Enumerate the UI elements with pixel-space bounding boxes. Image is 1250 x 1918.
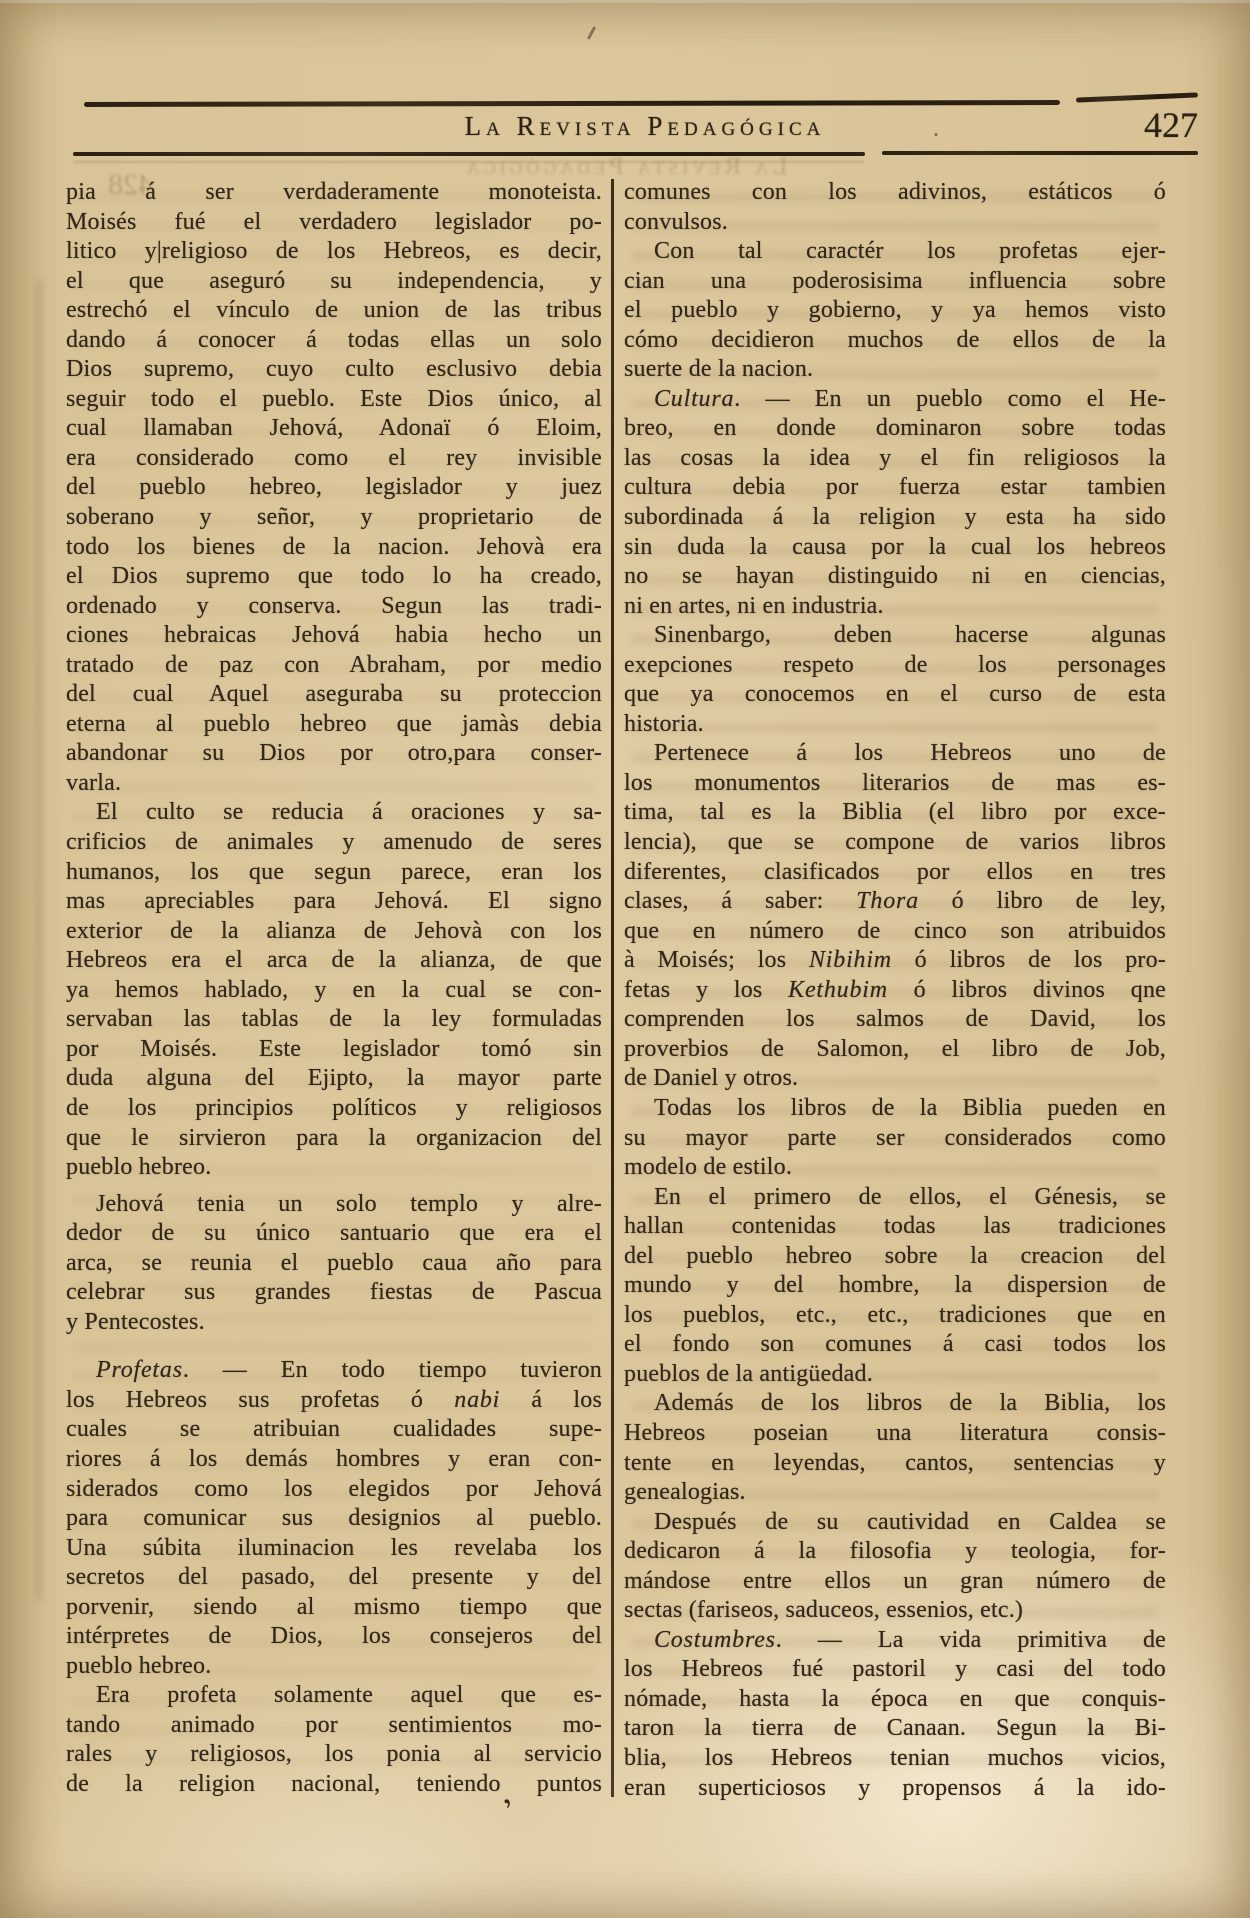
text-line: de los principios políticos y religiosos	[66, 1094, 602, 1124]
text-line: ciones hebraicas Jehová habia hecho un	[66, 621, 602, 651]
text-line: Dios supremo, cuyo culto esclusivo debia	[66, 355, 602, 385]
text-line: ordenado y conserva. Segun las tradi-	[66, 592, 602, 622]
text-line: crificios de animales y amenudo de seres	[66, 828, 602, 858]
bleedthrough-masthead: La Revista Pedagógica	[0, 153, 1250, 181]
text-line: genealogias.	[624, 1478, 1166, 1508]
text-line: el fondo son comunes á casi todos los	[624, 1330, 1166, 1360]
text-line: pueblo hebreo.	[66, 1153, 602, 1183]
text-line: Con tal caractér los profetas ejer-	[624, 237, 1166, 267]
text-line: eran superticiosos y propensos á la ido-	[624, 1774, 1166, 1804]
text-line: ni en artes, ni en industria.	[624, 592, 1166, 622]
paragraph: Era profeta solamente aquel que es-tando…	[66, 1681, 602, 1799]
text-line: abandonar su Dios por otro,para conser-	[66, 739, 602, 769]
masthead-title: La Revista Pedagógica	[20, 111, 1250, 142]
text-line: Costumbres. — La vida primitiva de	[624, 1626, 1166, 1656]
text-line: mundo y del hombre, la dispersion de	[624, 1271, 1166, 1301]
text-line: de la religion nacional, teniendo puntos	[66, 1770, 602, 1800]
text-line: Una súbita iluminacion les revelaba los	[66, 1534, 602, 1564]
text-line: Pertenece á los Hebreos uno de	[624, 739, 1166, 769]
paragraph: Sinenbargo, deben hacerse algunasexepcio…	[624, 621, 1166, 739]
text-line: el pueblo y gobierno, y ya hemos visto	[624, 296, 1166, 326]
text-line: Hebreos era el arca de la alianza, de qu…	[66, 946, 602, 976]
text-line: nómade, hasta la época en que conquis-	[624, 1685, 1166, 1715]
text-line: pueblo hebreo.	[66, 1652, 602, 1682]
text-line: que en número de cinco son atribuidos	[624, 917, 1166, 947]
text-line: En el primero de ellos, el Génesis, se	[624, 1183, 1166, 1213]
left-column: pia á ser verdaderamente monoteista.Mois…	[66, 178, 602, 1800]
header-ink-dot: .	[933, 116, 939, 143]
text-line: el que aseguró su independencia, y	[66, 267, 602, 297]
text-line: pueblos de la antigüedad.	[624, 1360, 1166, 1390]
text-line: pia á ser verdaderamente monoteista.	[66, 178, 602, 208]
text-line: convulsos.	[624, 208, 1166, 238]
text-line: fetas y los Kethubim ó libros divinos qn…	[624, 976, 1166, 1006]
text-line: del cual Aquel aseguraba su proteccion	[66, 680, 602, 710]
paragraph: El culto se reducia á oraciones y sa-cri…	[66, 798, 602, 1182]
text-line: mándose entre ellos un gran número de	[624, 1567, 1166, 1597]
text-line: mas apreciables para Jehová. El signo	[66, 887, 602, 917]
text-line: Todas los libros de la Biblia pueden en	[624, 1094, 1166, 1124]
text-line: Moisés fué el verdadero legislador po-	[66, 208, 602, 238]
scanned-page: La Revista Pedagógica 428 La Revista Ped…	[0, 0, 1250, 1918]
text-line: humanos, los que segun parece, eran los	[66, 858, 602, 888]
right-column: comunes con los adivinos, estáticos ócon…	[624, 178, 1166, 1803]
text-line: de Daniel y otros.	[624, 1064, 1166, 1094]
text-line: tratado de paz con Abraham, por medio	[66, 651, 602, 681]
text-line: blia, los Hebreos tenian muchos vicios,	[624, 1744, 1166, 1774]
text-line: secretos del pasado, del presente y del	[66, 1563, 602, 1593]
column-divider-rule	[611, 179, 614, 1797]
text-line: lencia), que se compone de varios libros	[624, 828, 1166, 858]
text-line: Cultura. — En un pueblo como el He-	[624, 385, 1166, 415]
text-line: tente en leyendas, cantos, sentencias y	[624, 1449, 1166, 1479]
scan-edge	[0, 0, 1250, 3]
text-line: exterior de la alianza de Jehovà con los	[66, 917, 602, 947]
text-line: por Moisés. Este legislador tomó sin	[66, 1035, 602, 1065]
text-line: y Pentecostes.	[66, 1308, 602, 1338]
text-line: las cosas la idea y el fin religiosos la	[624, 444, 1166, 474]
text-line: cuales se atribuian cualidades supe-	[66, 1415, 602, 1445]
paragraph: Costumbres. — La vida primitiva delos He…	[624, 1626, 1166, 1803]
header-bottom-rule-right	[882, 151, 1198, 155]
text-line: El culto se reducia á oraciones y sa-	[66, 798, 602, 828]
paragraph: pia á ser verdaderamente monoteista.Mois…	[66, 178, 602, 798]
text-line: ya hemos hablado, y en la cual se con-	[66, 976, 602, 1006]
text-line: tima, tal es la Biblia (el libro por exc…	[624, 798, 1166, 828]
text-line: los Hebreos sus profetas ó nabi á los	[66, 1386, 602, 1416]
text-line: litico y|religioso de los Hebreos, es de…	[66, 237, 602, 267]
text-line: dedor de su único santuario que era el	[66, 1219, 602, 1249]
text-line: los monumentos literarios de mas es-	[624, 769, 1166, 799]
ink-speck	[587, 26, 596, 40]
text-line: dedicaron á la filosofia y teologia, for…	[624, 1537, 1166, 1567]
text-line: dando á conocer á todas ellas un solo	[66, 326, 602, 356]
text-line: hallan contenidas todas las tradiciones	[624, 1212, 1166, 1242]
text-line: estrechó el vínculo de union de las trib…	[66, 296, 602, 326]
text-line: para comunicar sus designios al pueblo.	[66, 1504, 602, 1534]
text-line: intérpretes de Dios, los consejeros del	[66, 1622, 602, 1652]
text-line: proverbios de Salomon, el libro de Job,	[624, 1035, 1166, 1065]
header-bottom-rule-left	[73, 152, 865, 156]
header-top-rule-left	[84, 100, 1060, 107]
text-line: cual llamaban Jehová, Adonaï ó Eloim,	[66, 414, 602, 444]
text-line: riores á los demás hombres y eran con-	[66, 1445, 602, 1475]
text-line: del pueblo hebreo sobre la creacion del	[624, 1242, 1166, 1272]
paragraph: Todas los libros de la Biblia pueden ens…	[624, 1094, 1166, 1183]
paragraph: comunes con los adivinos, estáticos ócon…	[624, 178, 1166, 237]
text-line: Después de su cautividad en Caldea se	[624, 1508, 1166, 1538]
text-line: que ya conocemos en el curso de esta	[624, 680, 1166, 710]
text-line: breo, en donde dominaron sobre todas	[624, 414, 1166, 444]
text-line: no se hayan distinguido ni en ciencias,	[624, 562, 1166, 592]
paragraph: Con tal caractér los profetas ejer-cian …	[624, 237, 1166, 385]
text-line: comprenden los salmos de David, los	[624, 1005, 1166, 1035]
text-line: soberano y señor, y proprietario de	[66, 503, 602, 533]
text-line: cultura debia por fuerza estar tambien	[624, 473, 1166, 503]
text-line: Además de los libros de la Biblia, los	[624, 1389, 1166, 1419]
page-number: 427	[1144, 104, 1198, 146]
text-line: servaban las tablas de la ley formuladas	[66, 1005, 602, 1035]
paragraph: Profetas. — En todo tiempo tuvieronlos H…	[66, 1356, 602, 1681]
text-line: arca, se reunia el pueblo caua año para	[66, 1249, 602, 1279]
text-line: celebrar sus grandes fiestas de Pascua	[66, 1278, 602, 1308]
text-line: cómo decidieron muchos de ellos de la	[624, 326, 1166, 356]
paragraph: Jehová tenia un solo templo y alre-dedor…	[66, 1190, 602, 1338]
text-line: cian una poderosisima influencia sobre	[624, 267, 1166, 297]
text-line: varla.	[66, 769, 602, 799]
text-line: diferentes, clasificados por ellos en tr…	[624, 858, 1166, 888]
text-line: el Dios supremo que todo lo ha creado,	[66, 562, 602, 592]
text-line: taron la tierra de Canaan. Segun la Bi-	[624, 1714, 1166, 1744]
text-line: Profetas. — En todo tiempo tuvieron	[66, 1356, 602, 1386]
paragraph: En el primero de ellos, el Génesis, seha…	[624, 1183, 1166, 1390]
text-line: Sinenbargo, deben hacerse algunas	[624, 621, 1166, 651]
text-line: Hebreos poseian una literatura consis-	[624, 1419, 1166, 1449]
text-line: rales y religiosos, los ponia al servici…	[66, 1740, 602, 1770]
text-line: clases, á saber: Thora ó libro de ley,	[624, 887, 1166, 917]
text-line: exepciones respeto de los personages	[624, 651, 1166, 681]
text-line: sin duda la causa por la cual los hebreo…	[624, 533, 1166, 563]
text-line: tando animado por sentimientos mo-	[66, 1711, 602, 1741]
header-top-rule-right	[1076, 92, 1198, 102]
text-line: era considerado como el rey invisible	[66, 444, 602, 474]
text-line: à Moisés; los Nibihim ó libros de los pr…	[624, 946, 1166, 976]
text-line: su mayor parte ser considerados como	[624, 1124, 1166, 1154]
text-line: historia.	[624, 710, 1166, 740]
text-line: eterna al pueblo hebreo que jamàs debia	[66, 710, 602, 740]
text-line: sectas (fariseos, saduceos, essenios, et…	[624, 1596, 1166, 1626]
text-line: porvenir, siendo al mismo tiempo que	[66, 1593, 602, 1623]
paragraph: Después de su cautividad en Caldea seded…	[624, 1508, 1166, 1626]
text-line: duda alguna del Ejipto, la mayor parte	[66, 1064, 602, 1094]
text-line: del pueblo hebreo, legislador y juez	[66, 473, 602, 503]
text-line: los Hebreos fué pastoril y casi del todo	[624, 1655, 1166, 1685]
text-line: seguir todo el pueblo. Este Dios único, …	[66, 385, 602, 415]
paper-fold-line	[36, 280, 42, 1600]
paragraph: Pertenece á los Hebreos uno delos monume…	[624, 739, 1166, 1094]
paragraph: Además de los libros de la Biblia, losHe…	[624, 1389, 1166, 1507]
text-line: los pueblos, etc., etc., tradiciones que…	[624, 1301, 1166, 1331]
text-line: comunes con los adivinos, estáticos ó	[624, 178, 1166, 208]
text-line: que le sirvieron para la organizacion de…	[66, 1124, 602, 1154]
text-line: modelo de estilo.	[624, 1153, 1166, 1183]
text-line: siderados como los elegidos por Jehová	[66, 1475, 602, 1505]
text-line: Jehová tenia un solo templo y alre-	[66, 1190, 602, 1220]
text-line: Era profeta solamente aquel que es-	[66, 1681, 602, 1711]
text-line: todo los bienes de la nacion. Jehovà era	[66, 533, 602, 563]
text-line: subordinada á la religion y esta ha sido	[624, 503, 1166, 533]
paragraph: Cultura. — En un pueblo como el He-breo,…	[624, 385, 1166, 621]
text-line: suerte de la nacion.	[624, 355, 1166, 385]
